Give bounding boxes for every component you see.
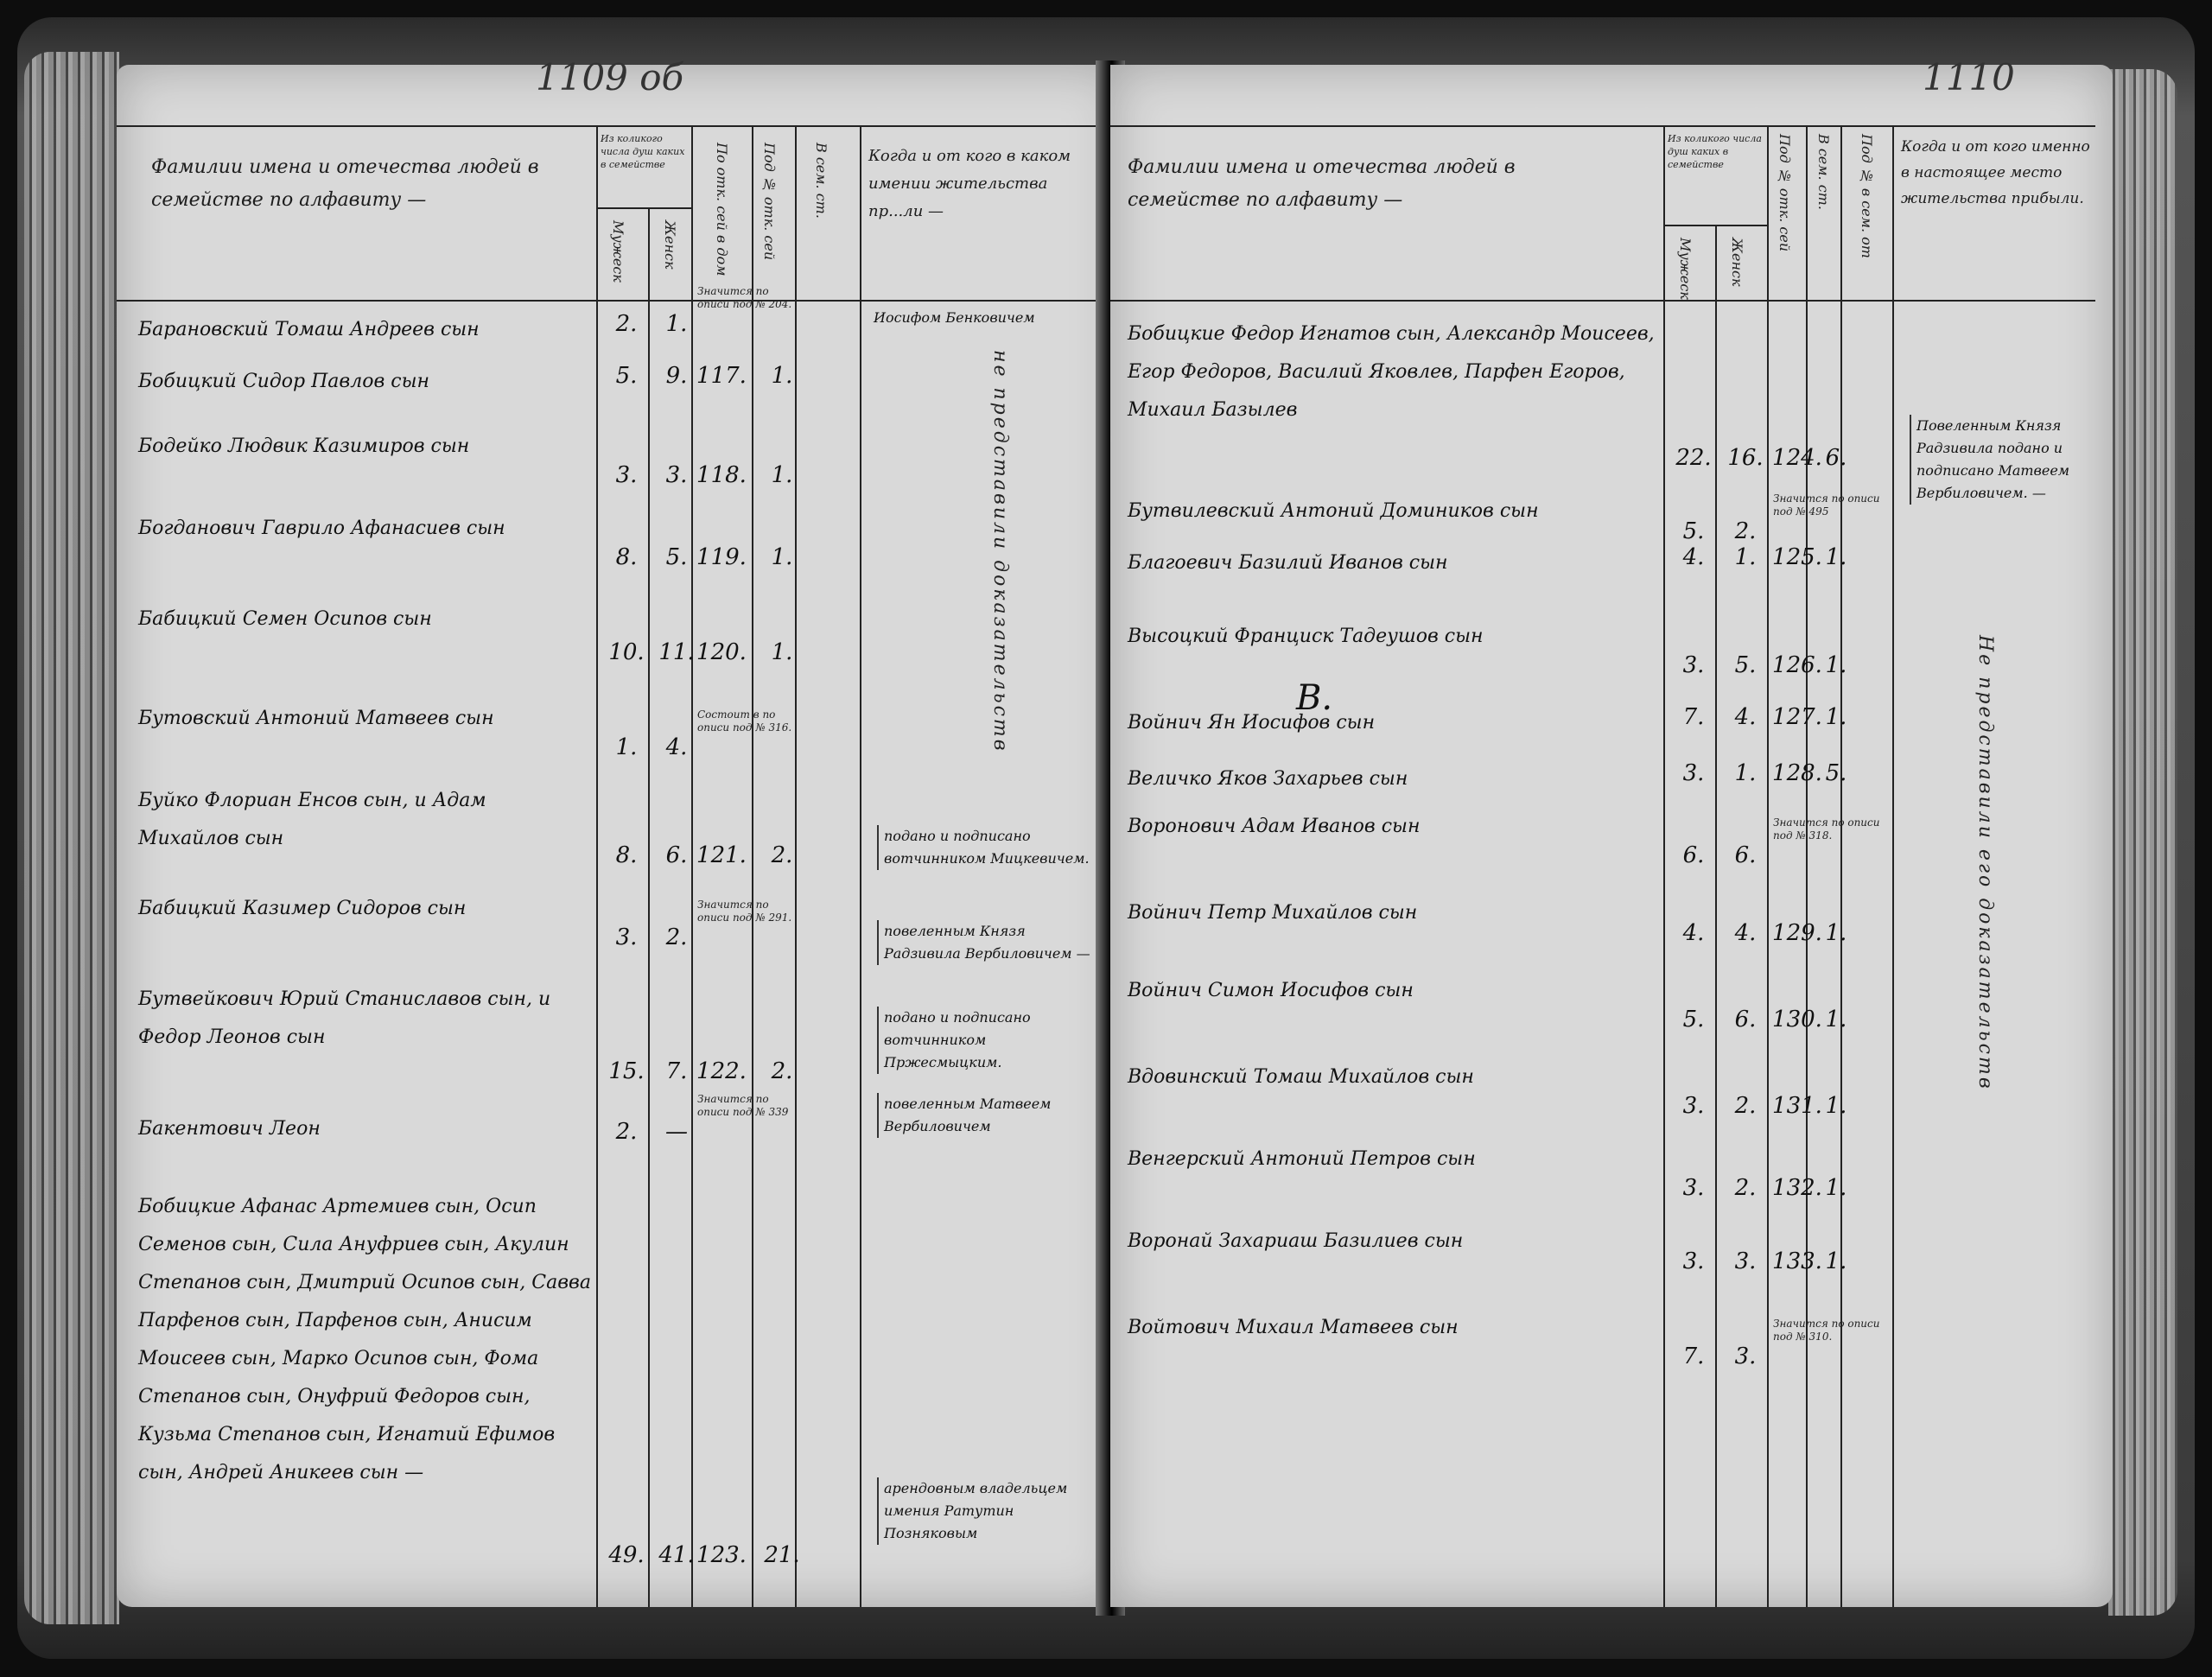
inventory-note: Значится по описи под № 204.: [697, 285, 801, 311]
male-count: 3.: [1668, 1175, 1719, 1201]
male-count: 15.: [601, 1058, 652, 1084]
male-count: 5.: [601, 363, 652, 389]
person-name: Бабицкий Семен Осипов сын: [138, 600, 592, 638]
female-count: 1.: [1719, 760, 1771, 786]
family-count: 1.: [756, 462, 808, 488]
left-page: 1109 об Фамилии имена и отечества людей …: [117, 65, 1123, 1607]
male-count: 3.: [601, 462, 652, 488]
male-count: 3.: [601, 924, 652, 950]
right-remark: Повеленным Князя Радзивила подано и подп…: [1910, 415, 2102, 505]
entry-number: 122.: [696, 1058, 747, 1084]
inventory-note: Значится по описи под № 495: [1773, 492, 1881, 518]
family-count: 1.: [1810, 1007, 1862, 1032]
female-count: 2.: [651, 924, 702, 950]
left-page-edges: [24, 52, 119, 1624]
person-name: Бобицкий Сидор Павлов сын: [138, 363, 592, 401]
count-column-header: Из коликого числа душ каких в семействе: [601, 132, 687, 171]
person-name: Бутвилевский Антоний Домиников сын: [1128, 492, 1655, 530]
remark-entry: повеленным Князя Радзивила Вербиловичем …: [877, 920, 1100, 965]
female-count: 9.: [651, 363, 702, 389]
family-count: 6.: [1810, 445, 1862, 471]
family-count: 2.: [756, 842, 808, 868]
male-count: 22.: [1668, 445, 1719, 471]
entry-number: 121.: [696, 842, 747, 868]
female-count: 41.: [651, 1542, 702, 1568]
inventory-note: Значится по описи под № 339: [697, 1093, 801, 1119]
person-name: Бутовский Антоний Матвеев сын: [138, 700, 592, 738]
family-count: 21.: [756, 1542, 808, 1568]
female-count: 3.: [651, 462, 702, 488]
female-count: 5.: [651, 544, 702, 570]
male-count: 2.: [601, 311, 652, 337]
person-name: Воронай Захариаш Базилиев сын: [1128, 1223, 1655, 1261]
female-column-header: Женск: [1728, 238, 1745, 287]
family-count: 1.: [756, 544, 808, 570]
family-count: 2.: [756, 1058, 808, 1084]
person-name: Бобицкие Афанас Артемиев сын, Осип Семен…: [138, 1188, 592, 1492]
female-count: 3.: [1719, 1344, 1771, 1369]
male-column-header: Мужеск: [609, 220, 626, 283]
remarks-header: Когда и от кого именно в настоящее место…: [1901, 134, 2091, 212]
person-name: Бабицкий Казимер Сидоров сын: [138, 890, 592, 928]
male-count: 3.: [1668, 652, 1719, 678]
person-name: Бодейко Людвик Казимиров сын: [138, 428, 592, 466]
male-count: 7.: [1668, 1344, 1719, 1369]
remark-entry: Иосифом Бенковичем: [868, 307, 1090, 329]
person-name: Воронович Адам Иванов сын: [1128, 808, 1655, 846]
family-count: 1.: [756, 363, 808, 389]
female-count: 11.: [651, 639, 702, 665]
entry-number: 123.: [696, 1542, 747, 1568]
person-name: Барановский Томаш Андреев сын: [138, 311, 592, 349]
left-page-number: 1109 об: [536, 56, 683, 98]
person-name: Высоцкий Франциск Тадеушов сын: [1128, 618, 1655, 656]
left-vertical-remark: не представили доказательств: [989, 350, 1011, 753]
female-count: 4.: [651, 734, 702, 760]
male-count: 3.: [1668, 760, 1719, 786]
count-column-header: Из коликого числа душ каких в семействе: [1668, 132, 1763, 171]
col5-header: В сем. ст.: [1815, 134, 1832, 210]
family-count: 1.: [1810, 544, 1862, 570]
remark-entry: повеленным Матвеем Вербиловичем: [877, 1093, 1100, 1138]
person-name: Венгерский Антоний Петров сын: [1128, 1140, 1655, 1178]
col3-header: Под № отк. сей: [1776, 134, 1793, 251]
person-name: Войнич Симон Иосифов сын: [1128, 972, 1655, 1010]
right-page-edges: [2108, 69, 2177, 1616]
right-page: 1110 Фамилии имена и отечества людей в с…: [1110, 65, 2113, 1607]
female-count: 3.: [1719, 1248, 1771, 1274]
inventory-note: Значится по описи под № 310.: [1773, 1318, 1881, 1344]
family-count: 1.: [1810, 1175, 1862, 1201]
col5-header: В сем. ст.: [812, 143, 829, 219]
male-count: 8.: [601, 544, 652, 570]
female-column-header: Женск: [661, 220, 678, 270]
person-name: Буйко Флориан Енсов сын, и Адам Михайлов…: [138, 782, 592, 858]
remark-entry: подано и подписано вотчинником Пржесмыцк…: [877, 1007, 1100, 1074]
male-count: 49.: [601, 1542, 652, 1568]
family-count: 1.: [1810, 920, 1862, 946]
male-count: 2.: [601, 1119, 652, 1145]
family-count: 1.: [1810, 1248, 1862, 1274]
family-count: 5.: [1810, 760, 1862, 786]
remark-entry: арендовным владельцем имения Ратутин Поз…: [877, 1477, 1100, 1545]
person-name: Бакентович Леон: [138, 1110, 592, 1148]
inventory-note: Значится по описи под № 291.: [697, 899, 801, 924]
person-name: Благоевич Базилий Иванов сын: [1128, 544, 1655, 582]
col3-header: По отк. сей в дом: [713, 143, 730, 276]
family-count: 1.: [756, 639, 808, 665]
family-count: 1.: [1810, 652, 1862, 678]
family-count: 1.: [1810, 1093, 1862, 1119]
entry-number: 120.: [696, 639, 747, 665]
female-count: 2.: [1719, 1175, 1771, 1201]
inventory-note: Состоит в по описи под № 316.: [697, 708, 801, 734]
male-count: 6.: [1668, 842, 1719, 868]
person-name: Богданович Гаврило Афанасиев сын: [138, 510, 592, 548]
col6-header: Под № в сем. от: [1858, 134, 1875, 258]
male-count: 7.: [1668, 704, 1719, 730]
entry-number: 118.: [696, 462, 747, 488]
male-count: 3.: [1668, 1093, 1719, 1119]
male-count: 8.: [601, 842, 652, 868]
col4-header: Под № отк. сей: [760, 143, 778, 260]
male-count: 4.: [1668, 920, 1719, 946]
female-count: 2.: [1719, 518, 1771, 544]
section-letter: В.: [1296, 678, 1332, 718]
male-count: 4.: [1668, 544, 1719, 570]
remark-entry: подано и подписано вотчинником Мицкевиче…: [877, 825, 1100, 870]
person-name: Бутвейкович Юрий Станиславов сын, и Федо…: [138, 981, 592, 1057]
male-column-header: Мужеск: [1676, 238, 1694, 300]
male-count: 5.: [1668, 518, 1719, 544]
female-count: 1.: [651, 311, 702, 337]
right-vertical-remark: Не представили его доказательств: [1974, 635, 1996, 1091]
female-count: 5.: [1719, 652, 1771, 678]
female-count: 2.: [1719, 1093, 1771, 1119]
entry-number: 119.: [696, 544, 747, 570]
right-page-number: 1110: [1923, 56, 2015, 98]
person-name: Величко Яков Захарьев сын: [1128, 760, 1655, 798]
female-count: 6.: [1719, 1007, 1771, 1032]
person-name: Вдовинский Томаш Михайлов сын: [1128, 1058, 1655, 1096]
female-count: 7.: [651, 1058, 702, 1084]
inventory-note: Значится по описи под № 318.: [1773, 816, 1881, 842]
female-count: 4.: [1719, 920, 1771, 946]
female-count: —: [651, 1119, 702, 1145]
female-count: 4.: [1719, 704, 1771, 730]
female-count: 6.: [651, 842, 702, 868]
female-count: 6.: [1719, 842, 1771, 868]
male-count: 5.: [1668, 1007, 1719, 1032]
person-name: Бобицкие Федор Игнатов сын, Александр Мо…: [1128, 315, 1655, 429]
male-count: 10.: [601, 639, 652, 665]
male-count: 1.: [601, 734, 652, 760]
name-column-header: Фамилии имена и отечества людей в семейс…: [1128, 151, 1629, 217]
person-name: Войнич Ян Иосифов сын: [1128, 704, 1655, 742]
person-name: Войнич Петр Михайлов сын: [1128, 894, 1655, 932]
male-count: 3.: [1668, 1248, 1719, 1274]
female-count: 1.: [1719, 544, 1771, 570]
remarks-header: Когда и от кого в каком имении жительств…: [868, 143, 1084, 226]
family-count: 1.: [1810, 704, 1862, 730]
entry-number: 117.: [696, 363, 747, 389]
name-column-header: Фамилии имена и отечества людей в семейс…: [151, 151, 566, 217]
female-count: 16.: [1719, 445, 1771, 471]
person-name: Войтович Михаил Матвеев сын: [1128, 1309, 1655, 1347]
